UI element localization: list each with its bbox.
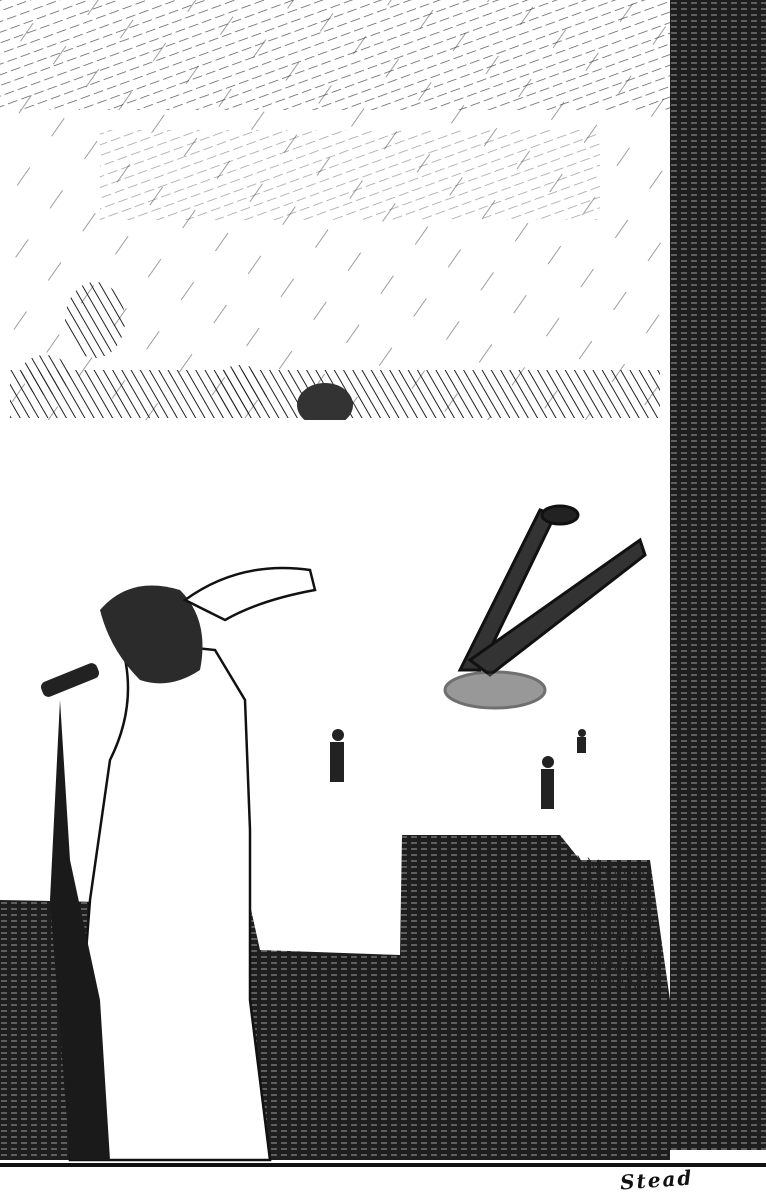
artist-signature: Stead	[619, 1165, 694, 1194]
castle-tower	[670, 0, 766, 1150]
illustration-canvas	[0, 0, 766, 1200]
